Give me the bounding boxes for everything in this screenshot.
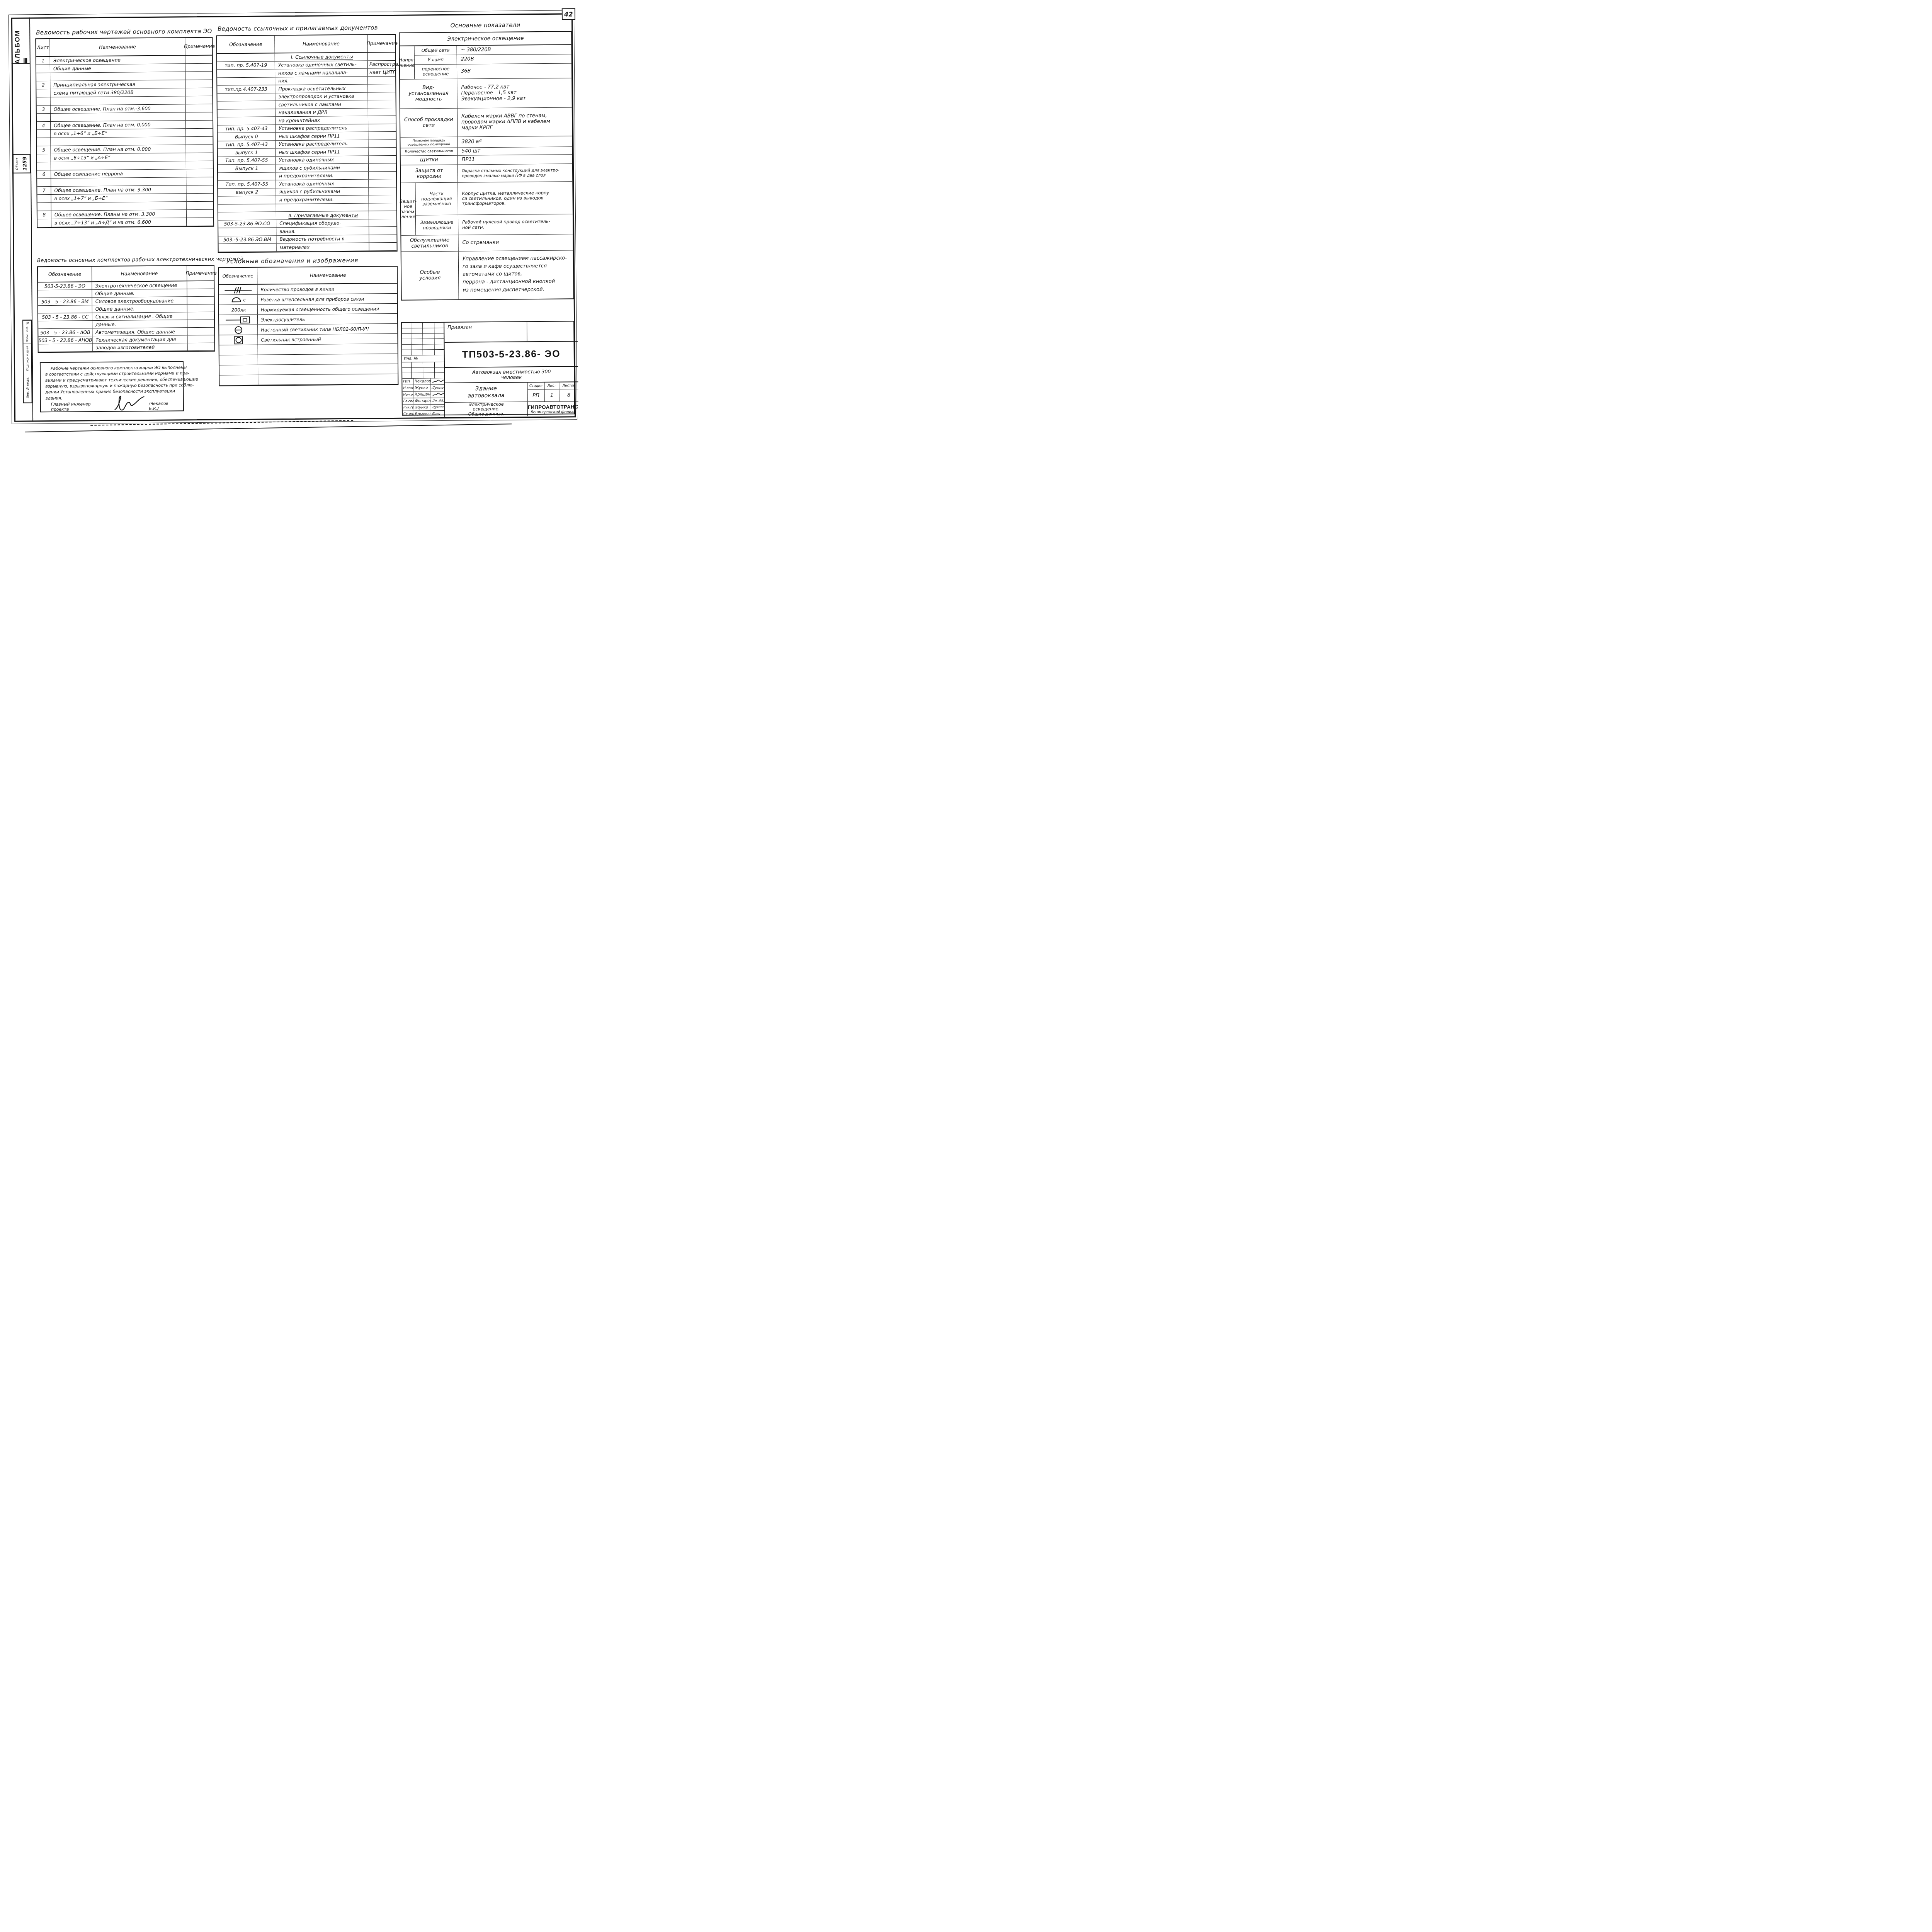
cell-name: ников с лампами накалива- [275,69,368,77]
stage-values: РП 1 8 [528,389,578,402]
special-conditions-row: Особые условия Управление освещением пас… [401,250,573,299]
vzam-inv-label: Взам. инв. № [23,320,31,343]
cell-note [186,104,214,112]
cell-code [38,305,92,313]
grid-cell [412,362,423,367]
cell-note [187,218,215,226]
cell-name [258,374,399,385]
grid-cell [402,339,411,345]
working-set-title: Ведомость рабочих чертежей основного ком… [36,28,212,36]
cell-note [185,88,214,96]
cell-sheet [37,195,51,202]
cell-code: тип. пр. 5.407-43 [218,141,276,149]
voltage-subrows: Общей сети~ 380/220ВУ ламп220Впереносное… [415,45,572,79]
signature-text: Вова [432,412,441,416]
cell-sheet: 6 [37,170,51,178]
cell-note: няет ЦИТП [368,68,397,76]
cell-note [186,96,214,104]
panels-row: Щитки ПР11 [401,155,572,165]
grid-cell [434,323,444,328]
col-sheet: Лист [36,39,50,56]
cell-note [186,112,214,121]
table-body: Количество проводов в линиисРозетка штеп… [219,284,398,386]
cell-code: Тип. пр. 5.407-55 [218,180,276,188]
cell-name: Общее освещение. Планы на отм. 3.300 [51,210,187,219]
role-row: Рук.гр.ЖункоЛукаш. [403,404,444,411]
cell-name: светильников с лампами [276,100,368,109]
voltage-subrow: переносноеосвещение36В [415,63,571,78]
cell-sheet [36,73,50,81]
main-sets-table: Обозначение Наименование Примечание 503-… [37,265,215,353]
cell-note [187,312,216,320]
cell-name [51,161,186,170]
role-signature: Лукаш. [431,404,444,410]
voltage-label: У ламп [415,55,457,65]
cell-name: вания. [276,227,369,235]
cell-name: Электросушитель [258,314,399,325]
cell-name: на кронштейнах [276,116,368,124]
role-signature: Лукаш [431,385,444,391]
table-body: 1Электрическое освещениеОбщие данные2При… [36,56,213,228]
cell-symbol [219,355,258,365]
ref-docs-title: Ведомость ссылочных и прилагаемых докуме… [218,24,378,32]
cell-note [187,281,215,289]
role-row: Нач.отдХрищанова [403,391,444,398]
cell-name: Общее освещение. План на отм. 0.000 [51,121,186,129]
title-block-right: Привязан ТП503-5-23.86- ЭО Автовокзал вм… [444,321,578,417]
signature-text: Лукаш. [432,405,444,409]
cell-name [258,364,399,375]
cell-note [187,297,216,304]
wiring-method-row: Способ прокладки сети Кабелем марки АВВГ… [400,107,572,137]
cell-note [369,179,398,187]
signature-squiggle [432,379,444,384]
cell-note [368,76,397,84]
table-row: материалах [219,243,397,252]
role-name: Хрищанова [414,391,431,398]
role-label: Рук.гр. [403,405,414,411]
voltage-subrow: Общей сети~ 380/220В [415,45,571,55]
signoff-label: Главный инженер проекта [46,401,109,412]
cell-note [188,343,216,351]
grid-cell [402,350,412,355]
cell-note [187,304,216,312]
cell-symbol: с [219,295,258,305]
cell-note [186,129,214,137]
role-name: Фонарев [414,398,431,404]
useful-area-row: Полезная площадь освещаемых помещений 38… [400,136,572,148]
sheets-value: 8 [560,389,578,401]
cell-code [39,344,93,352]
cell-name: Принципиальная электрическая [50,80,185,89]
sheet-value: 1 [545,389,560,401]
table-row: Светильник встроенный [219,334,397,345]
cell-code [38,290,92,298]
cell-code [218,212,276,220]
cell-name: в осях „6÷13“ и „А÷Е“ [51,153,186,162]
role-name: Жунко [414,405,431,411]
table-row: в осях „7÷13“ и „А÷Д“ и на отм. 6.600 [37,218,213,228]
table-body: 503-5-23.86 - ЭОЭлектротехническое освещ… [38,281,214,352]
role-row: Н.контр.ЖункоЛукаш [402,385,444,392]
cell-name [258,344,399,355]
cell-name: ных шкафов серии ПР11 [276,132,368,140]
symbol-text: 200лк [231,307,246,313]
cell-sheet: 8 [37,211,51,219]
cell-note [369,155,398,163]
grid-cell [412,367,423,373]
cell-sheet [37,114,51,121]
cell-note [368,100,397,108]
cell-sheet [37,179,51,186]
object-label: Объект [13,155,20,173]
cell-name: Техническая документация для [92,335,187,344]
signature-text: Лв.-08.25 [432,399,444,403]
cell-name: Общие данные. [92,289,187,297]
cell-note [369,163,398,171]
role-label: Гл.спец. [403,398,414,404]
col-name: Наименование [92,266,187,281]
cell-name: Установка распределитель- [276,140,368,148]
cell-code: тип. пр. 5.407-19 [217,61,275,70]
cell-name [258,354,399,365]
role-name: Брыкова [414,411,431,417]
wire-count-symbol [223,285,253,294]
cell-code: тип.пр.4.407-233 [217,85,275,93]
cell-note [369,187,398,195]
cell-name [50,72,185,81]
cell-code: Тип. пр. 5.407-55 [218,156,276,165]
cell-name: Спецификация оборудо- [276,219,369,227]
grid-cell [411,333,423,339]
cell-code: 503 - 5 - 23.86 - СС [38,313,92,321]
cell-symbol [219,325,258,335]
cell-note [185,64,214,72]
cell-name: Прокладка осветительных [275,85,368,93]
cell-name: Розетка штепсельная для приборов связи [258,294,399,304]
object-box: Объект 1259 [12,154,31,173]
sheet-name: Электрическое освещение. Общие данные. [445,402,527,417]
grid-cell [411,323,423,328]
cell-code [219,243,277,252]
cell-sheet [37,162,51,170]
cell-sheet [37,203,51,211]
album-label: АЛЬБОМ Ⅲ [13,23,30,64]
cell-name: Силовое электрооборудование. [92,297,187,305]
cell-note [186,161,214,169]
signature-text: Лукаш [431,386,444,390]
grid-cell [411,339,423,344]
voltage-row: Напря-жениеОбщей сети~ 380/220ВУ ламп220… [400,45,572,79]
grid-cell [402,362,412,368]
grid-cell [411,328,423,333]
table-header: Лист Наименование Примечание [36,38,212,57]
cell-symbol [219,375,258,385]
cell-note [369,235,398,242]
cell-name: данные. [92,320,187,328]
table-row [219,374,398,386]
voltage-value: 220В [457,54,571,64]
margin-stamp-cells: Взам. инв. № Подпись и дата Инв. № подл. [22,320,32,403]
cell-name: Общее освещение перрона [51,169,186,178]
cell-code [218,196,276,204]
cell-name: накаливания и ДРЛ [276,108,368,116]
cell-name [51,112,186,121]
table-row: сРозетка штепсельная для приборов связи [219,294,397,305]
table-row: Количество проводов в линии [219,284,397,295]
recessed-luminaire-symbol [233,335,243,345]
cell-note [186,145,214,153]
grid-cell [435,350,444,355]
grid-cell [423,367,435,373]
cell-name [51,202,187,211]
cell-name: электропроводок и установка [275,92,368,100]
cell-sheet [37,130,51,138]
cell-name: в осях „1÷7“ и „Б÷Е“ [51,194,187,202]
inv-no-row: Инв. № [402,355,444,362]
role-label: Ст.инж. [403,411,414,417]
working-set-table: Лист Наименование Примечание 1Электричес… [35,37,214,228]
cell-code: 503 - 5 - 23.86 - АОВ [38,328,92,336]
cell-name: ящиков с рубильниками [276,164,369,172]
table-row [219,344,398,355]
col-name: Наименование [257,267,398,284]
table-header: Обозначение Наименование [219,267,397,285]
cell-note [369,171,398,179]
cell-code: 503.-5-23.86 ЭО.ВМ [218,236,276,244]
col-code: Обозначение [38,267,92,282]
cell-name [51,177,186,186]
grid-cell [435,373,444,378]
cell-code: выпуск 2 [218,188,276,196]
voltage-label: Общей сети [415,46,457,55]
signoff-name: /Чекалов Б.К./ [149,401,179,411]
grid-cell [423,333,434,339]
cell-code [217,93,275,101]
title-block: Инв. № ГИПЧекаловН.контр.ЖункоЛукашНач.о… [401,321,575,416]
cell-name: Общие данные [50,64,185,73]
cell-symbol [219,345,258,355]
col-code: Обозначение [217,36,275,53]
cell-name: схема питающей сети 380/220В [50,88,185,97]
grid-cell [412,344,423,350]
cell-name: ящиков с рубильниками [276,187,369,196]
object-number: 1259 [20,155,30,172]
cell-name: I. Ссылочные документы [275,53,368,61]
cell-note [368,132,397,139]
col-note: Примечание [367,35,396,52]
cell-note [187,202,215,210]
cell-symbol [219,315,258,325]
cell-code [218,228,276,236]
page-number: 42 [562,8,575,20]
cell-name: Установка одиночных светиль- [275,61,368,69]
title-block-left: Инв. № ГИПЧекаловН.контр.ЖункоЛукашНач.о… [402,323,445,417]
cell-name: Общее освещение. План на отм. 3.300 [51,185,186,194]
indicators-subtitle: Электрическое освещение [400,32,571,46]
cell-code: 503-5-23.86 - ЭО [38,282,92,290]
cell-sheet [37,138,51,146]
ref-docs-table: Обозначение Наименование Примечание I. С… [216,34,397,253]
voltage-value: 36В [457,63,571,78]
cell-symbol: 200лк [219,305,258,315]
cell-note [368,84,397,92]
cell-name: в осях „7÷13“ и „А÷Д“ и на отм. 6.600 [51,218,187,227]
grid-cell [435,362,444,367]
voltage-label: переносноеосвещение [415,65,457,79]
cell-name: Количество проводов в линии [257,284,398,294]
grid-cell [402,323,411,328]
cell-note [368,92,397,100]
cell-code [38,321,92,328]
maintenance-row: Обслуживание светильников Со стремянки [401,234,573,252]
grid-cell [423,350,435,355]
cell-symbol [219,365,258,375]
cell-note [368,124,397,131]
drawing-sheet: 42 АЛЬБОМ Ⅲ Объект 1259 Взам. инв. № Под… [0,0,591,436]
cell-name: и предохранителями. [276,172,369,180]
cell-note [185,72,214,80]
table-row: 200лкНормируемая освещенность общего осв… [219,304,397,315]
cell-code [218,172,276,180]
grid-cell [423,328,434,333]
table-body: I. Ссылочные документытип. пр. 5.407-19У… [217,53,397,252]
cell-note [187,320,216,328]
cell-name: Автоматизация. Общие данные [92,328,187,336]
cell-note [186,153,214,161]
cell-code [218,101,276,109]
cell-name: Нормируемая освещенность общего освещени… [258,304,399,315]
cell-note [369,195,398,203]
cell-note [368,53,397,60]
cell-code [218,109,276,117]
cell-note [186,121,214,129]
col-name: Наименование [275,35,367,53]
table-row [219,364,398,376]
grid-cell [402,334,411,339]
cell-sheet: 3 [37,105,51,113]
cell-note [186,177,214,185]
grid-cell [423,339,434,344]
voltage-subrow: У ламп220В [415,54,571,65]
cell-note [187,210,215,218]
cell-code [217,53,275,61]
role-label: Нач.отд [403,391,414,398]
table-row [219,354,398,366]
cell-name: Установка распределитель- [276,124,368,132]
grid-cell [402,373,412,379]
socket-symbol [230,296,242,304]
cell-note [369,227,398,235]
cell-note [186,185,214,194]
project-name: Автовокзал вместимостью 300 человек [445,367,578,383]
empty-cell [527,321,578,341]
cell-code [217,77,275,85]
wall-luminaire-symbol [233,325,243,335]
cell-sheet: 5 [37,146,51,154]
installed-power-row: Вид- установленная мощность Рабочее - 77… [400,78,572,109]
cell-code: 503 - 5 - 23.86 - ЭМ [38,298,92,305]
cell-code: тип. пр. 5.407-43 [218,125,276,133]
cell-name: ния. [275,77,368,85]
cell-name: ных шкафов серии ПР11 [276,148,369,156]
indicators-box: Электрическое освещение Напря-жениеОбщей… [399,31,574,300]
cell-sheet [36,65,50,73]
cell-code: 503 - 5 - 23.86 - АНОВ [38,336,92,344]
table-row: Настенный светильник типа НБЛ02-60/П-УЧ [219,324,397,335]
cell-code [217,69,275,77]
grounding-row: Защит- ное зазем- ление Части подлежащие… [401,182,573,235]
privyazan-cell: Привязан [444,322,527,342]
cell-code [218,204,276,212]
grid-cell [423,344,435,350]
cell-note [369,243,398,250]
cell-symbol [219,335,258,345]
voltage-value: ~ 380/220В [457,45,571,54]
cell-note [185,56,214,64]
cell-name: Общее освещение. План на отм.-3.600 [51,104,186,113]
col-note: Примечание [187,266,215,281]
cell-sheet: 1 [36,57,50,65]
cell-name: в осях „1÷6“ и „Б÷Е“ [51,129,186,138]
cell-code: Выпуск 0 [218,133,276,141]
cell-note [187,335,216,343]
cell-code: Выпуск 1 [218,164,276,172]
cell-note: Распростра. [368,60,397,68]
grid-cell [402,345,412,350]
cell-name: и предохранителями. [276,196,369,204]
cell-name: Установка одиночных [276,180,369,188]
corrosion-row: Защита от коррозии Окраска стальных конс… [401,164,572,183]
role-signature: Вова [431,411,444,417]
role-row: ГИПЧекалов [402,378,444,385]
role-label: Н.контр. [402,385,414,391]
role-label: ГИП [402,379,414,385]
cell-name [51,137,186,146]
cell-name: Связь и сигнализация . Общие [92,312,187,320]
role-signature [431,391,444,398]
symbol-text: с [243,297,246,303]
role-name: Чекалов [414,378,431,384]
grid-cell [423,373,435,378]
col-note: Примечание [185,38,213,55]
cell-name: материалах [277,243,369,251]
cell-note [369,219,398,226]
role-row: Ст.инж.БрыковаВова [403,411,444,417]
cell-symbol [219,285,257,295]
legend-table: Обозначение Наименование Количество пров… [218,266,398,386]
cell-sheet: 2 [36,81,50,89]
col-name: Наименование [50,38,185,56]
cell-note [368,139,397,147]
cell-note [185,80,214,88]
podpis-data-label: Подпись и дата [24,343,32,373]
cell-note [186,194,214,202]
stage-header: Стадия Лист Листов [527,382,578,389]
grid-cell [412,350,423,355]
organization: ГИПРОАВТОТРАНС Ленинградский филиал [528,401,578,416]
cell-note [369,211,398,219]
table-row: заводов изготовителей [39,343,214,352]
chief-engineer-signature [112,394,147,412]
cell-name: заводов изготовителей [93,343,188,351]
cell-code: выпуск 1 [218,148,276,156]
cell-name: Общее освещение. План на отм. 0.000 [51,145,186,154]
revision-grid [402,323,444,355]
table-header: Обозначение Наименование Примечание [217,35,395,54]
revision-grid [402,362,444,379]
cell-sheet: 4 [37,122,51,129]
